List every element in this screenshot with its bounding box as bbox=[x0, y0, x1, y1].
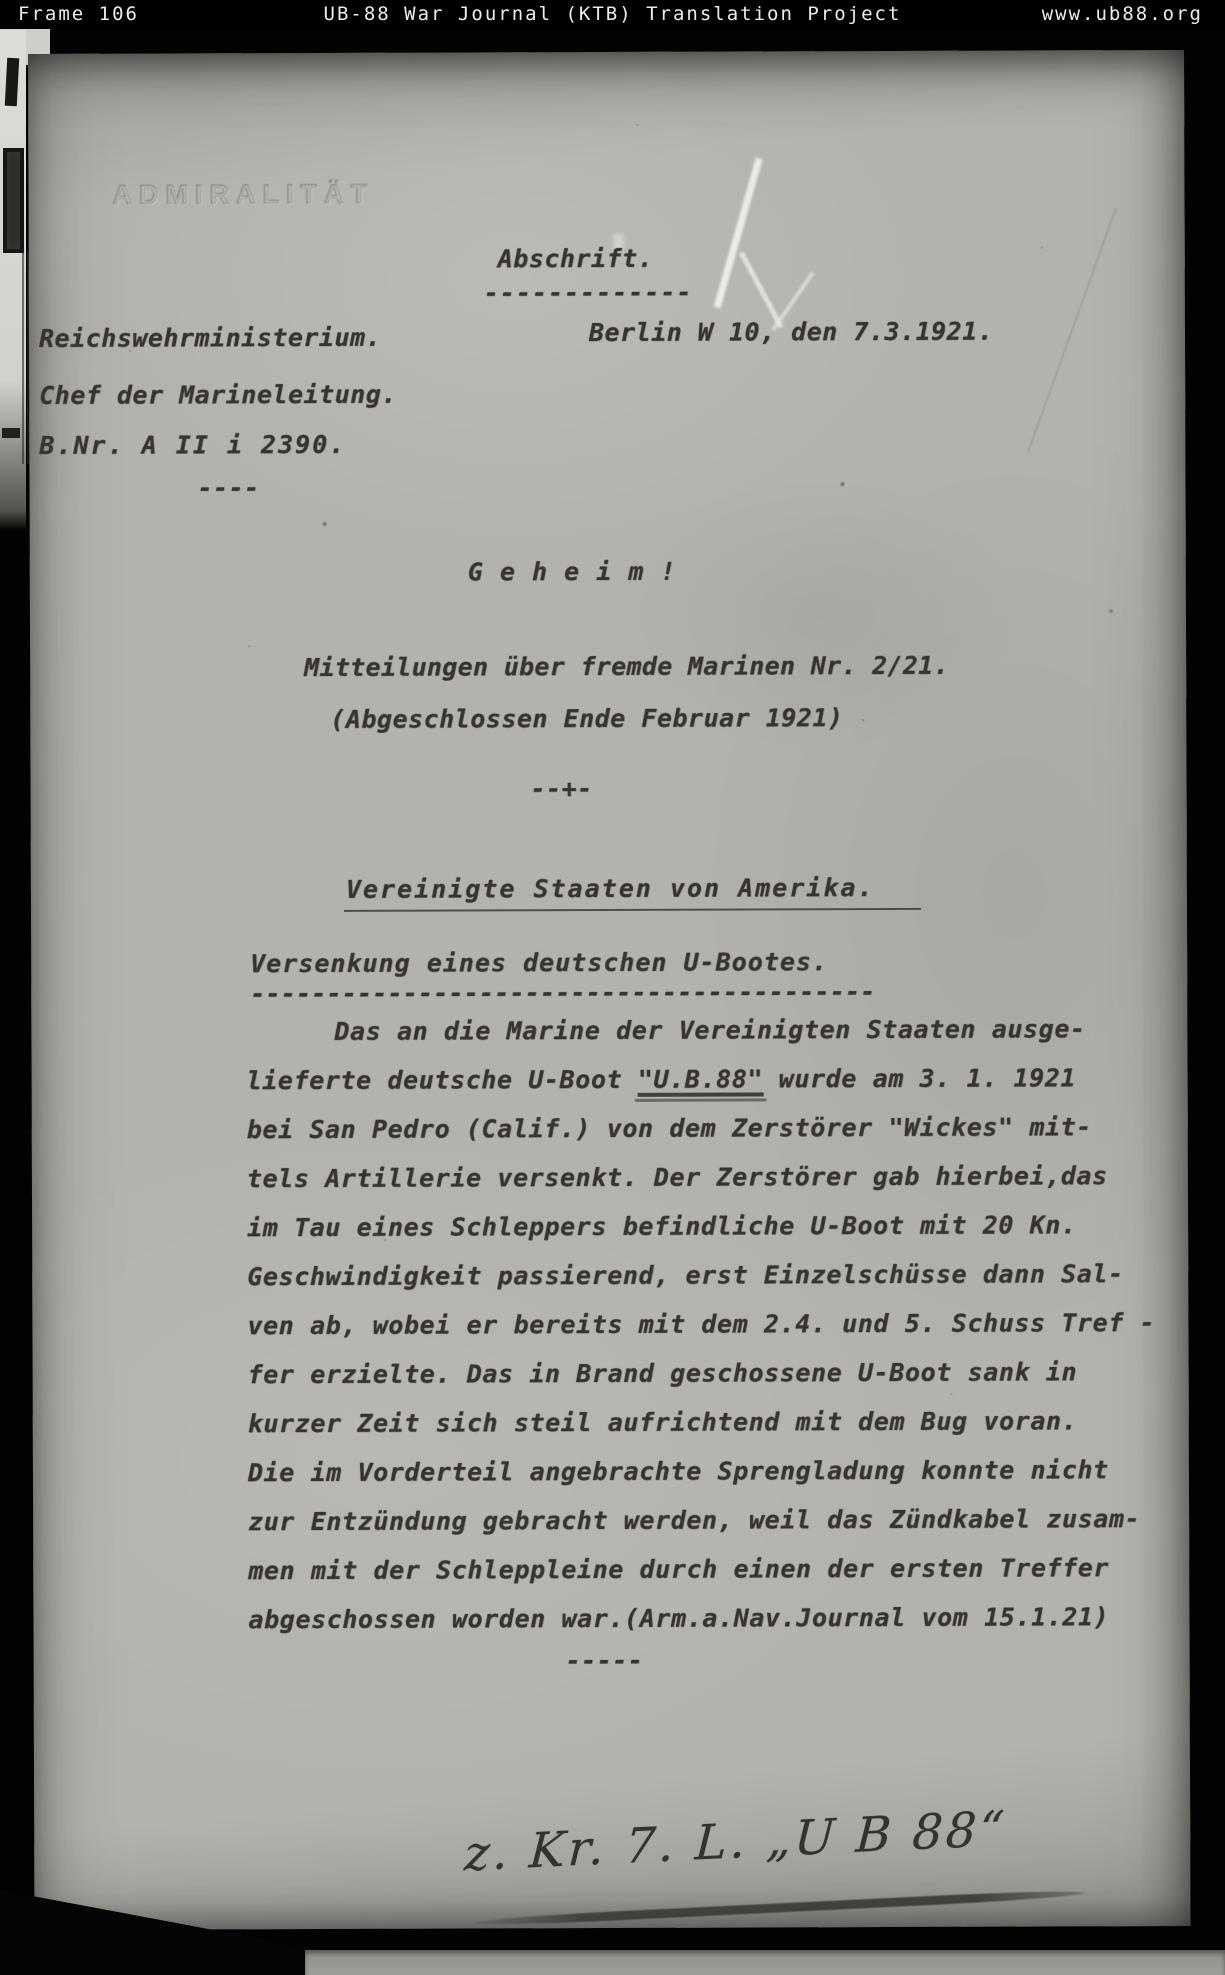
body-line: tels Artillerie versenkt. Der Zerstörer … bbox=[247, 1161, 1177, 1213]
body-line: men mit der Schleppleine durch einen der… bbox=[248, 1553, 1178, 1605]
page-edge-line bbox=[22, 252, 24, 464]
article-heading: Versenkung eines deutschen U-Bootes. bbox=[250, 947, 828, 978]
admiralty-stamp: ADMIRALITÄT bbox=[112, 179, 374, 211]
middle-divider: --+- bbox=[531, 774, 593, 803]
sender-line-ministry: Reichswehrministerium. bbox=[39, 323, 381, 353]
copy-heading: Abschrift. bbox=[498, 244, 654, 274]
closing-divider: ----- bbox=[566, 1646, 644, 1675]
crease-mark bbox=[714, 157, 763, 308]
reference-dashes: ---- bbox=[197, 473, 259, 502]
film-mark bbox=[5, 58, 19, 107]
body-line: Die im Vorderteil angebrachte Sprengladu… bbox=[248, 1455, 1178, 1507]
body-line: abgeschossen worden war.(Arm.a.Nav.Journ… bbox=[248, 1602, 1178, 1654]
film-sprocket-mark bbox=[3, 148, 24, 253]
handwritten-note: z. Kr. 7. L. „U B 88“ bbox=[463, 1801, 1009, 1883]
website-label: www.ub88.org bbox=[1042, 3, 1203, 25]
body-line: ven ab, wobei er bereits mit dem 2.4. un… bbox=[247, 1308, 1177, 1360]
body-line: fer erzielte. Das in Brand geschossene U… bbox=[248, 1357, 1178, 1409]
body-line: Geschwindigkeit passierend, erst Einzels… bbox=[247, 1259, 1177, 1311]
section-heading-usa: Vereinigte Staaten von Amerika. bbox=[344, 873, 921, 912]
body-line: im Tau eines Schleppers befindliche U-Bo… bbox=[247, 1210, 1177, 1262]
ink-specks bbox=[28, 54, 30, 56]
boat-name-underlined: "U.B.88" bbox=[638, 1066, 763, 1097]
pencil-underline bbox=[475, 1888, 1085, 1927]
film-mark bbox=[2, 428, 20, 438]
scanned-document-page: Frame 106 UB-88 War Journal (KTB) Transl… bbox=[0, 0, 1225, 1975]
article-heading-underline: ----------------------------------------… bbox=[250, 977, 875, 1008]
secrecy-heading: G e h e i m ! bbox=[468, 557, 677, 587]
body-line: bei San Pedro (Calif.) von dem Zerstörer… bbox=[247, 1112, 1177, 1164]
body-paragraph: Das an die Marine der Vereinigten Staate… bbox=[246, 1014, 1178, 1654]
body-line: kurzer Zeit sich steil aufrichtend mit d… bbox=[248, 1406, 1178, 1458]
reference-number: B.Nr. A II i 2390. bbox=[39, 430, 346, 460]
sender-line-chief: Chef der Marineleitung. bbox=[39, 380, 397, 410]
next-page-edge bbox=[305, 1950, 1225, 1975]
body-line-prefix: lieferte deutsche U-Boot bbox=[247, 1065, 638, 1095]
body-line-suffix: wurde am 3. 1. 1921 bbox=[763, 1063, 1076, 1093]
copy-heading-underline: ------------- bbox=[484, 278, 693, 308]
subject-line-1: Mitteilungen über fremde Marinen Nr. 2/2… bbox=[304, 651, 949, 682]
body-line: lieferte deutsche U-Boot "U.B.88" wurde … bbox=[247, 1063, 1177, 1115]
body-line: Das an die Marine der Vereinigten Staate… bbox=[246, 1014, 1176, 1066]
body-line: zur Entzündung gebracht werden, weil das… bbox=[248, 1504, 1178, 1556]
document-paper: ADMIRALITÄT Abschrift. ------------- Rei… bbox=[28, 50, 1191, 1930]
header-bar: Frame 106 UB-88 War Journal (KTB) Transl… bbox=[0, 0, 1225, 28]
fold-line bbox=[1027, 208, 1117, 453]
subject-line-2: (Abgeschlossen Ende Februar 1921) bbox=[330, 703, 843, 734]
dateline: Berlin W 10, den 7.3.1921. bbox=[589, 317, 993, 347]
